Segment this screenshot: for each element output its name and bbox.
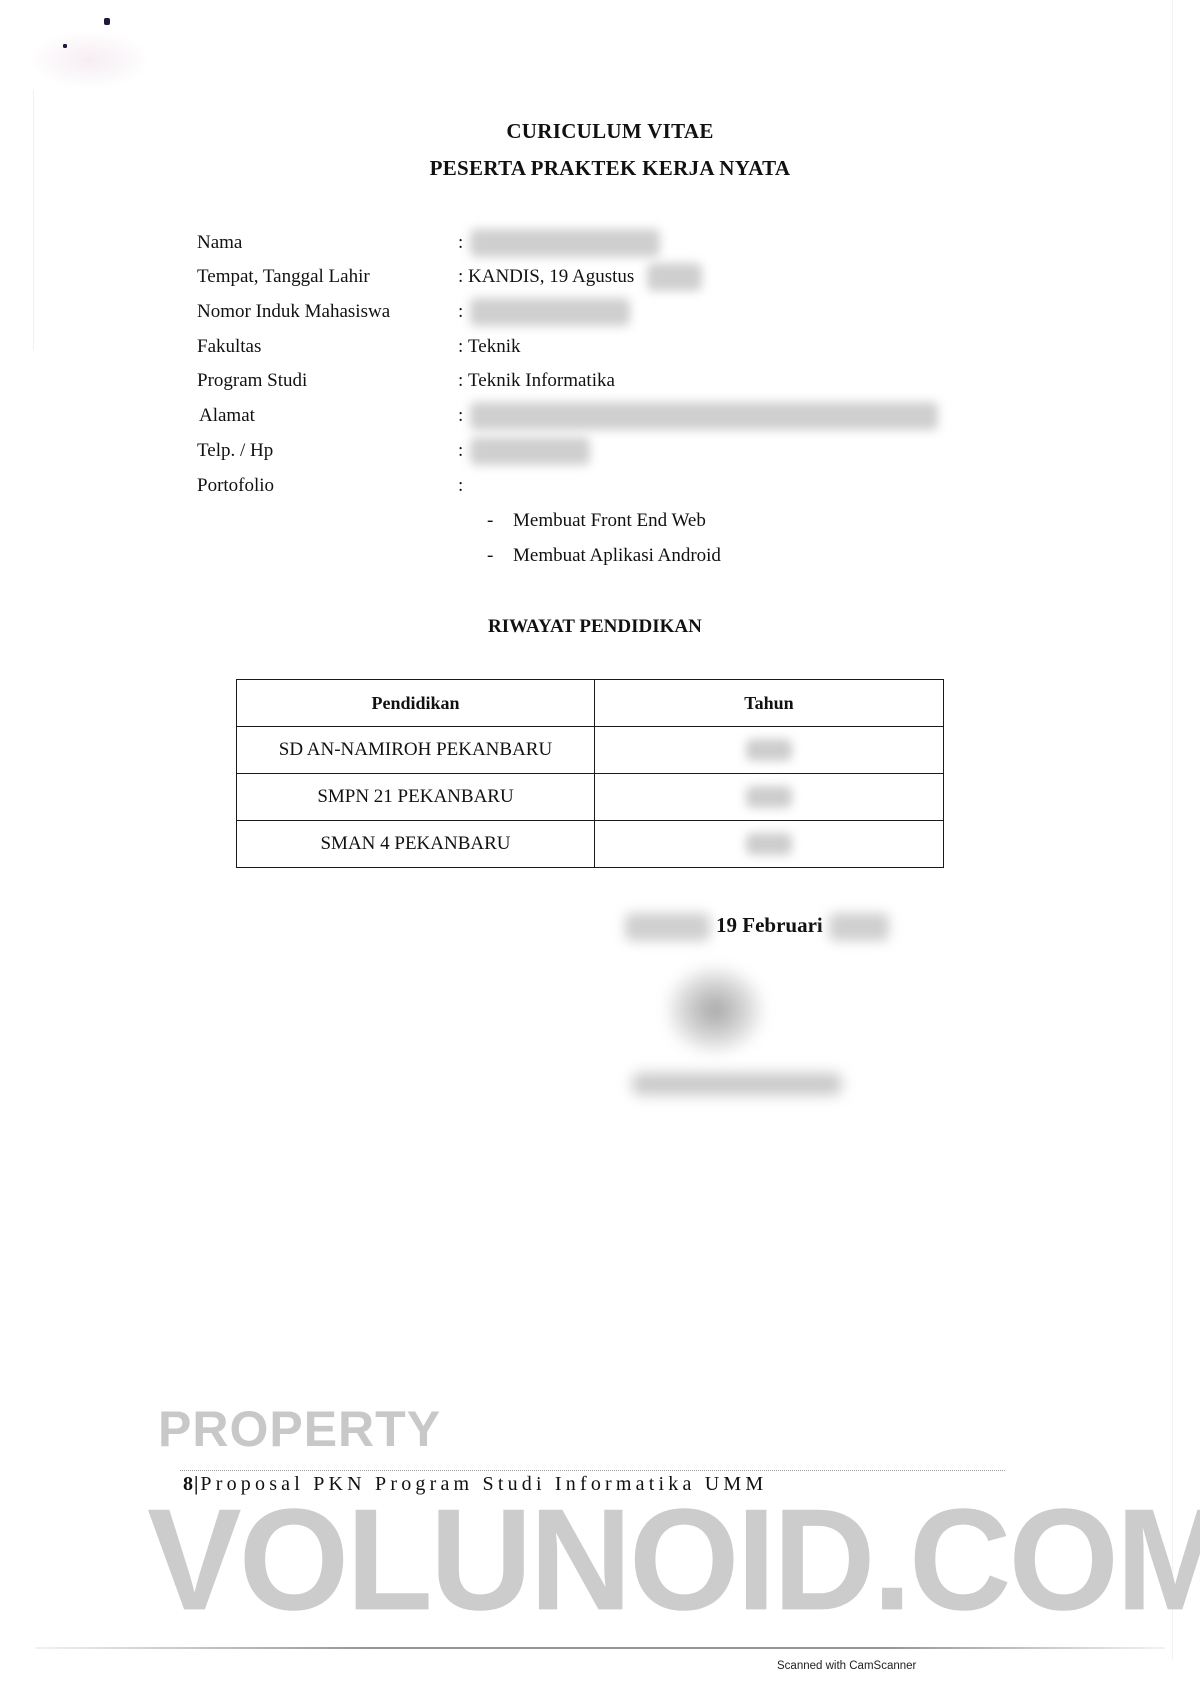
- field-colon: :: [458, 405, 463, 427]
- field-colon: :: [458, 370, 463, 392]
- education-heading: RIWAYAT PENDIDIKAN: [488, 616, 702, 638]
- field-value: Teknik: [468, 336, 521, 358]
- year-cell: [595, 821, 944, 868]
- redacted-value: [470, 298, 630, 326]
- document-subtitle: PESERTA PRAKTEK KERJA NYATA: [395, 156, 825, 181]
- field-label: Portofolio: [197, 475, 274, 497]
- redacted-place: [625, 913, 710, 941]
- year-cell: [595, 774, 944, 821]
- school-cell: SMPN 21 PEKANBARU: [237, 774, 595, 821]
- table-row: SMPN 21 PEKANBARU: [237, 774, 944, 821]
- education-table: Pendidikan Tahun SD AN-NAMIROH PEKANBARU…: [236, 679, 944, 868]
- redacted-value: [470, 229, 660, 257]
- school-cell: SD AN-NAMIROH PEKANBARU: [237, 727, 595, 774]
- field-label: Tempat, Tanggal Lahir: [197, 266, 370, 288]
- table-row: SMAN 4 PEKANBARU: [237, 821, 944, 868]
- table-header-row: Pendidikan Tahun: [237, 680, 944, 727]
- portfolio-item-text: Membuat Aplikasi Android: [513, 545, 721, 567]
- redacted-value: [647, 263, 702, 291]
- redacted-year: [829, 913, 889, 941]
- school-cell: SMAN 4 PEKANBARU: [237, 821, 595, 868]
- portfolio-item-text: Membuat Front End Web: [513, 510, 706, 532]
- field-label: Fakultas: [197, 336, 261, 358]
- field-value: KANDIS, 19 Agustus: [468, 266, 634, 288]
- field-colon: :: [458, 232, 463, 254]
- field-label: Program Studi: [197, 370, 307, 392]
- redacted-year: [746, 786, 792, 808]
- year-cell: [595, 727, 944, 774]
- field-label: Telp. / Hp: [197, 440, 273, 462]
- field-label: Nama: [197, 232, 242, 254]
- footer-divider: [180, 1470, 1005, 1471]
- redacted-year: [746, 739, 792, 761]
- scan-smudge: [30, 30, 150, 90]
- page-edge-left: [33, 90, 34, 350]
- watermark-property: PROPERTY: [158, 1400, 441, 1458]
- table-row: SD AN-NAMIROH PEKANBARU: [237, 727, 944, 774]
- field-colon: :: [458, 301, 463, 323]
- redacted-value: [470, 402, 938, 430]
- bullet-dash: -: [487, 510, 493, 532]
- signature-date: 19 Februari: [625, 913, 889, 941]
- page-edge-right: [1172, 0, 1173, 1660]
- bullet-dash: -: [487, 545, 493, 567]
- watermark-site: VOLUNOID.COM: [147, 1488, 1200, 1633]
- signature-date-text: 19 Februari: [716, 913, 823, 937]
- scan-speck: [104, 18, 110, 25]
- field-colon: :: [458, 336, 463, 358]
- field-label: Alamat: [199, 405, 255, 427]
- redacted-value: [470, 437, 590, 465]
- field-colon: :: [458, 266, 463, 288]
- column-header-pendidikan: Pendidikan: [237, 680, 595, 727]
- column-header-tahun: Tahun: [595, 680, 944, 727]
- field-value: Teknik Informatika: [468, 370, 615, 392]
- page-edge-bottom: [35, 1647, 1165, 1649]
- scanner-tag: Scanned with CamScanner: [777, 1660, 916, 1672]
- field-label: Nomor Induk Mahasiswa: [197, 301, 390, 323]
- redacted-year: [746, 833, 792, 855]
- field-colon: :: [458, 475, 463, 497]
- scan-speck: [63, 44, 67, 48]
- field-colon: :: [458, 440, 463, 462]
- document-title: CURICULUM VITAE: [395, 119, 825, 144]
- signature-image: [665, 965, 765, 1055]
- redacted-signer-name: [632, 1073, 842, 1095]
